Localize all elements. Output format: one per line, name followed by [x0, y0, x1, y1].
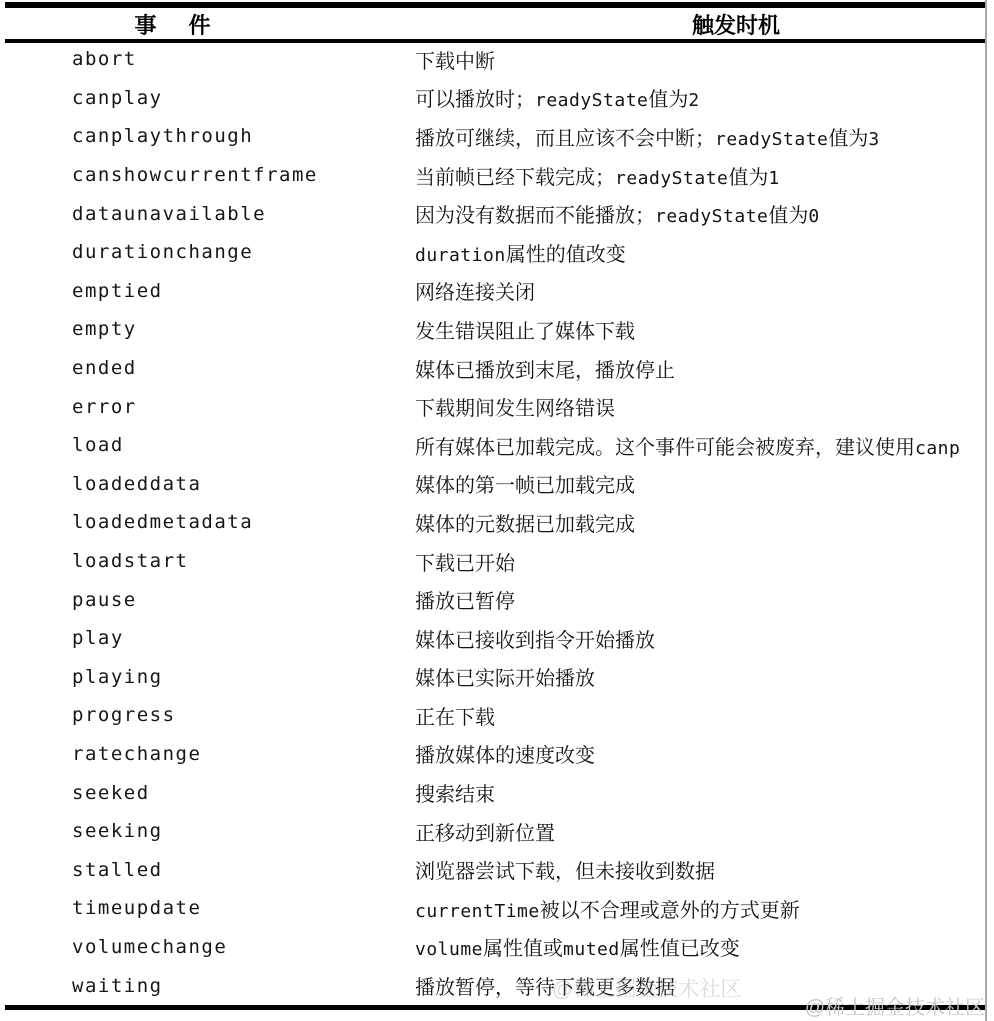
description-text: 媒体已接收到指令开始播放 — [415, 630, 655, 652]
description-cell: 发生错误阻止了媒体下载 — [415, 315, 994, 344]
description-text: 媒体已实际开始播放 — [415, 668, 595, 690]
description-cell: 因为没有数据而不能播放；readyState值为0 — [415, 199, 994, 228]
inline-code: 3 — [868, 129, 879, 150]
inline-code: readyState — [715, 129, 828, 150]
description-cell: 播放媒体的速度改变 — [415, 739, 994, 768]
description-cell: 可以播放时；readyState值为2 — [415, 83, 994, 112]
description-cell: 浏览器尝试下载，但未接收到数据 — [415, 855, 994, 884]
description-text: 发生错误阻止了媒体下载 — [415, 321, 635, 343]
table-row: canplaythrough播放可继续，而且应该不会中断；readyState值… — [0, 117, 994, 156]
description-text: 网络连接关闭 — [415, 282, 535, 304]
description-text: 媒体已播放到末尾，播放停止 — [415, 360, 675, 382]
column-header-event: 事 件 — [0, 9, 345, 40]
event-name-cell: pause — [0, 589, 415, 611]
description-text: 正在下载 — [415, 707, 495, 729]
description-text: 因为没有数据而不能播放； — [415, 205, 655, 227]
table-row: canplay可以播放时；readyState值为2 — [0, 79, 994, 118]
event-name-cell: emptied — [0, 280, 415, 302]
description-text: 搜索结束 — [415, 784, 495, 806]
table-row: abort下载中断 — [0, 40, 994, 79]
description-text: 所有媒体已加载完成。这个事件可能会被废弃，建议使用 — [415, 437, 915, 459]
inline-code: 0 — [808, 206, 819, 227]
description-text: 正移动到新位置 — [415, 823, 555, 845]
description-cell: 媒体已播放到末尾，播放停止 — [415, 354, 994, 383]
description-cell: 媒体的元数据已加载完成 — [415, 508, 994, 537]
event-name-cell: dataunavailable — [0, 203, 415, 225]
description-text: 播放媒体的速度改变 — [415, 745, 595, 767]
event-name-cell: canshowcurrentframe — [0, 164, 415, 186]
table-row: seeked搜索结束 — [0, 773, 994, 812]
table-row: progress正在下载 — [0, 696, 994, 735]
inline-code: duration — [415, 245, 506, 266]
inline-code: readyState — [655, 206, 768, 227]
description-cell: currentTime被以不合理或意外的方式更新 — [415, 894, 994, 923]
event-name-cell: error — [0, 396, 415, 418]
description-cell: duration属性的值改变 — [415, 238, 994, 267]
table-row: play媒体已接收到指令开始播放 — [0, 619, 994, 658]
event-name-cell: canplaythrough — [0, 125, 415, 147]
description-cell: 搜索结束 — [415, 778, 994, 807]
description-cell: volume属性值或muted属性值已改变 — [415, 932, 994, 961]
top-rule — [5, 2, 987, 8]
table-row: loadstart下载已开始 — [0, 542, 994, 581]
event-name-cell: loadstart — [0, 550, 415, 572]
inline-code: readyState — [535, 90, 648, 111]
table-row: loadeddata媒体的第一帧已加载完成 — [0, 465, 994, 504]
inline-code: currentTime — [415, 901, 540, 922]
inline-code: volume — [415, 939, 483, 960]
watermark: @稀土掘金技术社区 — [805, 991, 985, 1020]
event-name-cell: play — [0, 627, 415, 649]
table-row: dataunavailable因为没有数据而不能播放；readyState值为0 — [0, 194, 994, 233]
table-row: ratechange播放媒体的速度改变 — [0, 735, 994, 774]
table-body: abort下载中断canplay可以播放时；readyState值为2canpl… — [0, 40, 994, 1005]
event-name-cell: playing — [0, 666, 415, 688]
description-cell: 当前帧已经下载完成；readyState值为1 — [415, 161, 994, 190]
description-cell: 媒体已接收到指令开始播放 — [415, 624, 994, 653]
event-name-cell: loadedmetadata — [0, 511, 415, 533]
event-name-cell: timeupdate — [0, 897, 415, 919]
inline-code: 1 — [768, 168, 779, 189]
event-name-cell: seeking — [0, 820, 415, 842]
description-text: 当前帧已经下载完成； — [415, 167, 615, 189]
event-name-cell: canplay — [0, 87, 415, 109]
table-row: volumechangevolume属性值或muted属性值已改变 — [0, 928, 994, 967]
table-row: timeupdatecurrentTime被以不合理或意外的方式更新 — [0, 889, 994, 928]
description-cell: 播放可继续，而且应该不会中断；readyState值为3 — [415, 122, 994, 151]
description-text: 播放可继续，而且应该不会中断； — [415, 128, 715, 150]
inline-code: readyState — [615, 168, 728, 189]
description-cell: 下载已开始 — [415, 547, 994, 576]
event-name-cell: progress — [0, 704, 415, 726]
description-text: 下载已开始 — [415, 553, 515, 575]
description-cell: 所有媒体已加载完成。这个事件可能会被废弃，建议使用canp — [415, 431, 994, 460]
table-row: loadedmetadata媒体的元数据已加载完成 — [0, 503, 994, 542]
event-name-cell: ratechange — [0, 743, 415, 765]
description-text: 播放已暂停 — [415, 591, 515, 613]
description-text: 被以不合理或意外的方式更新 — [540, 900, 800, 922]
description-text: 媒体的第一帧已加载完成 — [415, 475, 635, 497]
description-text: 值为 — [768, 205, 808, 227]
event-name-cell: empty — [0, 318, 415, 340]
table-row: ended媒体已播放到末尾，播放停止 — [0, 349, 994, 388]
description-cell: 播放已暂停 — [415, 585, 994, 614]
description-cell: 媒体的第一帧已加载完成 — [415, 469, 994, 498]
description-cell: 下载期间发生网络错误 — [415, 392, 994, 421]
table-row: playing媒体已实际开始播放 — [0, 658, 994, 697]
document-page: 事 件 触发时机 abort下载中断canplay可以播放时；readyStat… — [0, 0, 994, 1021]
event-name-cell: volumechange — [0, 936, 415, 958]
description-text: 可以播放时； — [415, 89, 535, 111]
event-name-cell: load — [0, 434, 415, 456]
table-row: pause播放已暂停 — [0, 580, 994, 619]
table-row: seeking正移动到新位置 — [0, 812, 994, 851]
description-text: 属性值已改变 — [620, 938, 740, 960]
description-text: 属性值或 — [483, 938, 563, 960]
event-name-cell: seeked — [0, 782, 415, 804]
inline-code: canp — [915, 438, 960, 459]
event-name-cell: ended — [0, 357, 415, 379]
event-name-cell: abort — [0, 48, 415, 70]
description-cell: 媒体已实际开始播放 — [415, 662, 994, 691]
column-header-trigger-timing: 触发时机 — [692, 9, 780, 40]
table-row: empty发生错误阻止了媒体下载 — [0, 310, 994, 349]
table-row: durationchangeduration属性的值改变 — [0, 233, 994, 272]
event-name-cell: durationchange — [0, 241, 415, 263]
event-name-cell: waiting — [0, 975, 415, 997]
description-text: 媒体的元数据已加载完成 — [415, 514, 635, 536]
description-cell: 正在下载 — [415, 701, 994, 730]
event-name-cell: stalled — [0, 859, 415, 881]
table-row: load所有媒体已加载完成。这个事件可能会被废弃，建议使用canp — [0, 426, 994, 465]
description-text: 值为 — [648, 89, 688, 111]
description-text: 浏览器尝试下载，但未接收到数据 — [415, 861, 715, 883]
description-cell: 下载中断 — [415, 45, 994, 74]
description-cell: 正移动到新位置 — [415, 817, 994, 846]
description-text: 属性的值改变 — [506, 244, 626, 266]
watermark-ghost: @稀土掘金技术社区 — [552, 973, 741, 1003]
table-row: stalled浏览器尝试下载，但未接收到数据 — [0, 850, 994, 889]
page-edge-line — [985, 0, 987, 1021]
inline-code: 2 — [688, 90, 699, 111]
description-text: 值为 — [728, 167, 768, 189]
table-row: canshowcurrentframe当前帧已经下载完成；readyState值… — [0, 156, 994, 195]
description-text: 值为 — [828, 128, 868, 150]
description-text: 下载中断 — [415, 51, 495, 73]
table-row: error下载期间发生网络错误 — [0, 387, 994, 426]
event-name-cell: loadeddata — [0, 473, 415, 495]
table-row: emptied网络连接关闭 — [0, 272, 994, 311]
inline-code: muted — [563, 939, 620, 960]
description-cell: 网络连接关闭 — [415, 276, 994, 305]
description-text: 下载期间发生网络错误 — [415, 398, 615, 420]
